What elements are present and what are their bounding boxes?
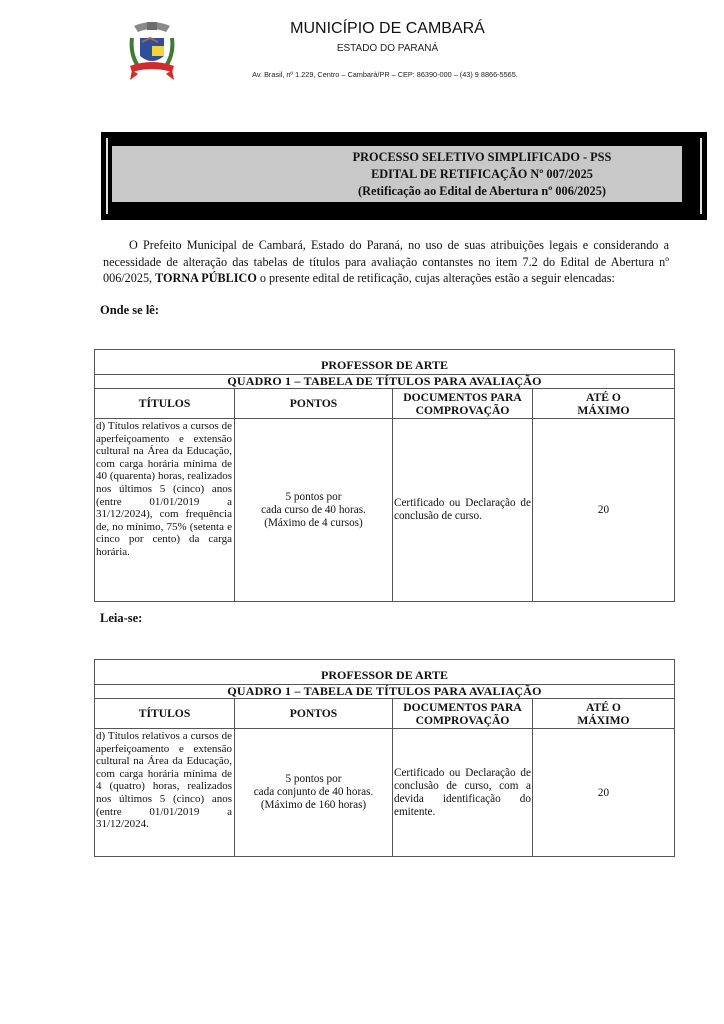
table-subtitle: QUADRO 1 – TABELA DE TÍTULOS PARA AVALIA…: [95, 375, 675, 389]
table-onde-se-le: PROFESSOR DE ARTE QUADRO 1 – TABELA DE T…: [94, 349, 675, 602]
col-header-maximo: ATÉ OMÁXIMO: [533, 389, 675, 419]
cell-pontos: 5 pontos porcada curso de 40 horas.(Máxi…: [235, 419, 393, 602]
table-row: d) Títulos relativos a cursos de aperfei…: [95, 419, 675, 602]
cell-documentos: Certificado ou Declaração de conclusão d…: [393, 729, 533, 857]
cell-documentos: Certificado ou Declaração de conclusão d…: [393, 419, 533, 602]
onde-se-le-label: Onde se lê:: [100, 303, 159, 318]
table-row: d) Títulos relativos a cursos de aperfei…: [95, 729, 675, 857]
col-header-pontos: PONTOS: [235, 699, 393, 729]
edital-number: EDITAL DE RETIFICAÇÃO Nº 007/2025: [201, 166, 593, 183]
edital-title-box: PROCESSO SELETIVO SIMPLIFICADO - PSS EDI…: [101, 132, 707, 220]
edital-reference: (Retificação ao Edital de Abertura nº 00…: [188, 183, 606, 200]
table-subtitle: QUADRO 1 – TABELA DE TÍTULOS PARA AVALIA…: [95, 685, 675, 699]
cell-pontos: 5 pontos porcada conjunto de 40 horas.(M…: [235, 729, 393, 857]
cell-maximo: 20: [533, 729, 675, 857]
leia-se-label: Leia-se:: [100, 611, 142, 626]
col-header-maximo: ATÉ OMÁXIMO: [533, 699, 675, 729]
col-header-pontos: PONTOS: [235, 389, 393, 419]
table-title: PROFESSOR DE ARTE: [95, 350, 675, 375]
cell-maximo: 20: [533, 419, 675, 602]
cell-titulos: d) Títulos relativos a cursos de aperfei…: [95, 419, 235, 602]
torna-publico-emphasis: TORNA PÚBLICO: [155, 271, 257, 285]
col-header-documentos: DOCUMENTOS PARACOMPROVAÇÃO: [393, 699, 533, 729]
col-header-titulos: TÍTULOS: [95, 389, 235, 419]
state-subtitle: ESTADO DO PARANÁ: [200, 43, 575, 54]
cell-titulos: d) Títulos relativos a cursos de aperfei…: [95, 729, 235, 857]
table-leia-se: PROFESSOR DE ARTE QUADRO 1 – TABELA DE T…: [94, 659, 675, 857]
col-header-titulos: TÍTULOS: [95, 699, 235, 729]
coat-of-arms-icon: [128, 20, 176, 84]
process-title: PROCESSO SELETIVO SIMPLIFICADO - PSS: [183, 149, 612, 166]
table-title: PROFESSOR DE ARTE: [95, 660, 675, 685]
municipality-title: MUNICÍPIO DE CAMBARÁ: [200, 20, 575, 38]
col-header-documentos: DOCUMENTOS PARACOMPROVAÇÃO: [393, 389, 533, 419]
intro-paragraph: O Prefeito Municipal de Cambará, Estado …: [103, 237, 669, 287]
address-line: Av. Brasil, nº 1.229, Centro – Cambará/P…: [175, 70, 595, 79]
